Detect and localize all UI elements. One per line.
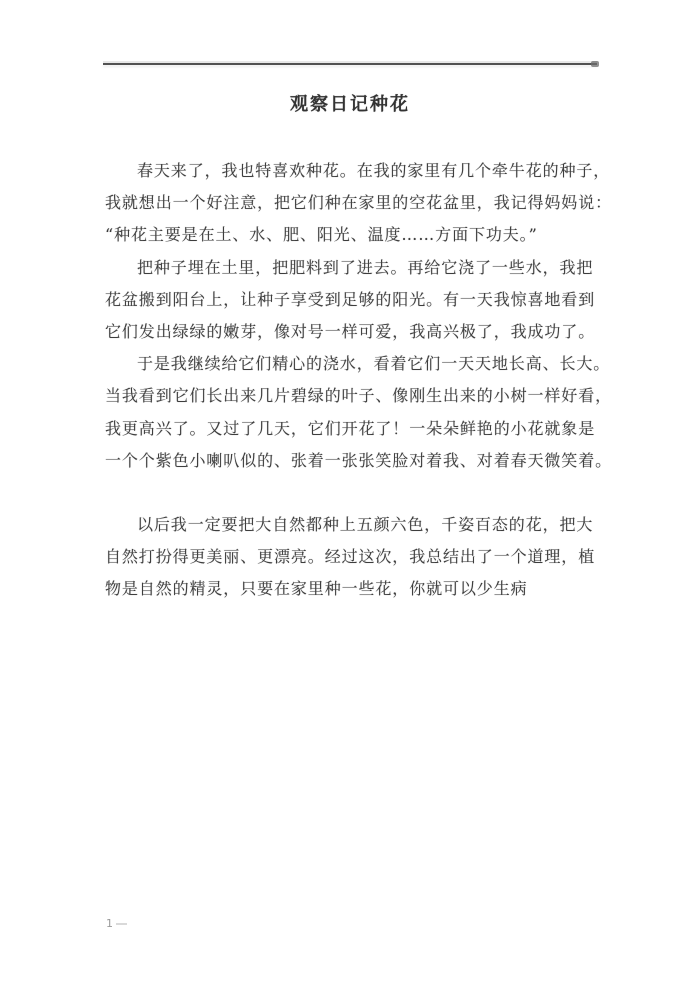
text-line: 我更高兴了。又过了几天，它们开花了！一朵朵鲜艳的小花就象是 bbox=[105, 413, 597, 445]
text-line: 我就想出一个好注意，把它们种在家里的空花盆里，我记得妈妈说： bbox=[105, 187, 597, 219]
page-footer-mark: 1 bbox=[106, 917, 127, 930]
text-line: 把种子埋在土里，把肥料到了进去。再给它浇了一些水，我把 bbox=[105, 252, 597, 284]
text-line: 春天来了，我也特喜欢种花。在我的家里有几个牵牛花的种子， bbox=[105, 155, 597, 187]
paragraph-2: 把种子埋在土里，把肥料到了进去。再给它浇了一些水，我把 花盆搬到阳台上，让种子享… bbox=[105, 252, 597, 349]
text-line: 以后我一定要把大自然都种上五颜六色，千姿百态的花，把大 bbox=[105, 509, 597, 541]
footer-mark-text: 1 bbox=[106, 917, 113, 930]
document-body: 春天来了，我也特喜欢种花。在我的家里有几个牵牛花的种子， 我就想出一个好注意，把… bbox=[105, 155, 597, 606]
footer-dash bbox=[116, 923, 127, 925]
text-line: 当我看到它们长出来几片碧绿的叶子、像刚生出来的小树一样好看， bbox=[105, 380, 597, 412]
document-page: 观察日记种花 春天来了，我也特喜欢种花。在我的家里有几个牵牛花的种子， 我就想出… bbox=[0, 0, 700, 991]
paragraph-1: 春天来了，我也特喜欢种花。在我的家里有几个牵牛花的种子， 我就想出一个好注意，把… bbox=[105, 155, 597, 252]
text-line: 它们发出绿绿的嫩芽，像对号一样可爱，我高兴极了，我成功了。 bbox=[105, 316, 597, 348]
paragraph-3: 于是我继续给它们精心的浇水，看着它们一天天地长高、长大。 当我看到它们长出来几片… bbox=[105, 348, 597, 477]
text-line: 花盆搬到阳台上，让种子享受到足够的阳光。有一天我惊喜地看到 bbox=[105, 284, 597, 316]
paragraph-4: 以后我一定要把大自然都种上五颜六色，千姿百态的花，把大 自然打扮得更美丽、更漂亮… bbox=[105, 509, 597, 606]
text-line: 于是我继续给它们精心的浇水，看着它们一天天地长高、长大。 bbox=[105, 348, 597, 380]
text-line: “种花主要是在土、水、肥、阳光、温度……方面下功夫。” bbox=[105, 219, 597, 251]
header-rule bbox=[103, 63, 597, 65]
text-line: 一个个紫色小喇叭似的、张着一张张笑脸对着我、对着春天微笑着。 bbox=[105, 445, 597, 477]
document-title: 观察日记种花 bbox=[0, 90, 700, 116]
text-line: 自然打扮得更美丽、更漂亮。经过这次，我总结出了一个道理，植 bbox=[105, 541, 597, 573]
rule-end-mark bbox=[591, 61, 599, 67]
text-line: 物是自然的精灵，只要在家里种一些花，你就可以少生病 bbox=[105, 573, 597, 605]
